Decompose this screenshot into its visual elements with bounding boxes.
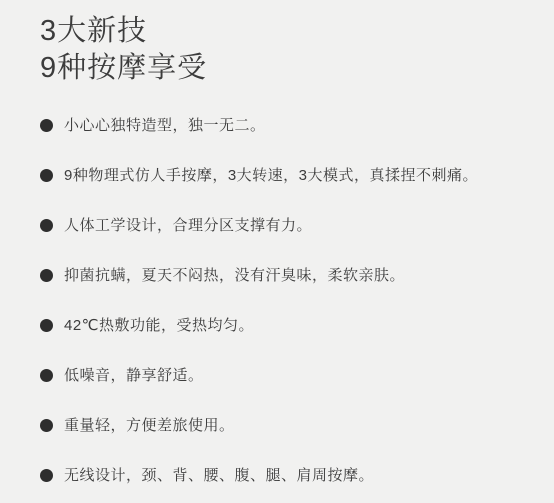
list-item-text: 无线设计，颈、背、腰、腹、腿、肩周按摩。 — [64, 465, 374, 486]
page-title: 3大新技 9种按摩享受 — [40, 13, 530, 87]
bullet-icon — [40, 169, 53, 182]
list-item-text: 小心心独特造型，独一无二。 — [64, 115, 266, 136]
list-item-text: 人体工学设计，合理分区支撑有力。 — [64, 215, 312, 236]
bullet-icon — [40, 369, 53, 382]
feature-panel: 3大新技 9种按摩享受 小心心独特造型，独一无二。 9种物理式仿人手按摩，3大转… — [0, 0, 554, 486]
page-title-line-2: 9种按摩享受 — [40, 50, 530, 87]
list-item-text: 42℃热敷功能，受热均匀。 — [64, 315, 254, 336]
list-item: 人体工学设计，合理分区支撑有力。 — [40, 215, 530, 236]
bullet-icon — [40, 419, 53, 432]
list-item-text: 重量轻，方便差旅使用。 — [64, 415, 235, 436]
list-item: 重量轻，方便差旅使用。 — [40, 415, 530, 436]
list-item: 9种物理式仿人手按摩，3大转速，3大模式，真揉捏不刺痛。 — [40, 165, 530, 186]
bullet-icon — [40, 319, 53, 332]
list-item-text: 9种物理式仿人手按摩，3大转速，3大模式，真揉捏不刺痛。 — [64, 165, 478, 186]
bullet-icon — [40, 119, 53, 132]
list-item-text: 低噪音，静享舒适。 — [64, 365, 204, 386]
list-item: 低噪音，静享舒适。 — [40, 365, 530, 386]
bullet-icon — [40, 469, 53, 482]
page-title-line-1: 3大新技 — [40, 13, 530, 50]
list-item: 无线设计，颈、背、腰、腹、腿、肩周按摩。 — [40, 465, 530, 486]
feature-list: 小心心独特造型，独一无二。 9种物理式仿人手按摩，3大转速，3大模式，真揉捏不刺… — [40, 115, 530, 486]
list-item: 抑菌抗螨，夏天不闷热，没有汗臭味，柔软亲肤。 — [40, 265, 530, 286]
list-item: 42℃热敷功能，受热均匀。 — [40, 315, 530, 336]
list-item-text: 抑菌抗螨，夏天不闷热，没有汗臭味，柔软亲肤。 — [64, 265, 405, 286]
bullet-icon — [40, 269, 53, 282]
list-item: 小心心独特造型，独一无二。 — [40, 115, 530, 136]
bullet-icon — [40, 219, 53, 232]
